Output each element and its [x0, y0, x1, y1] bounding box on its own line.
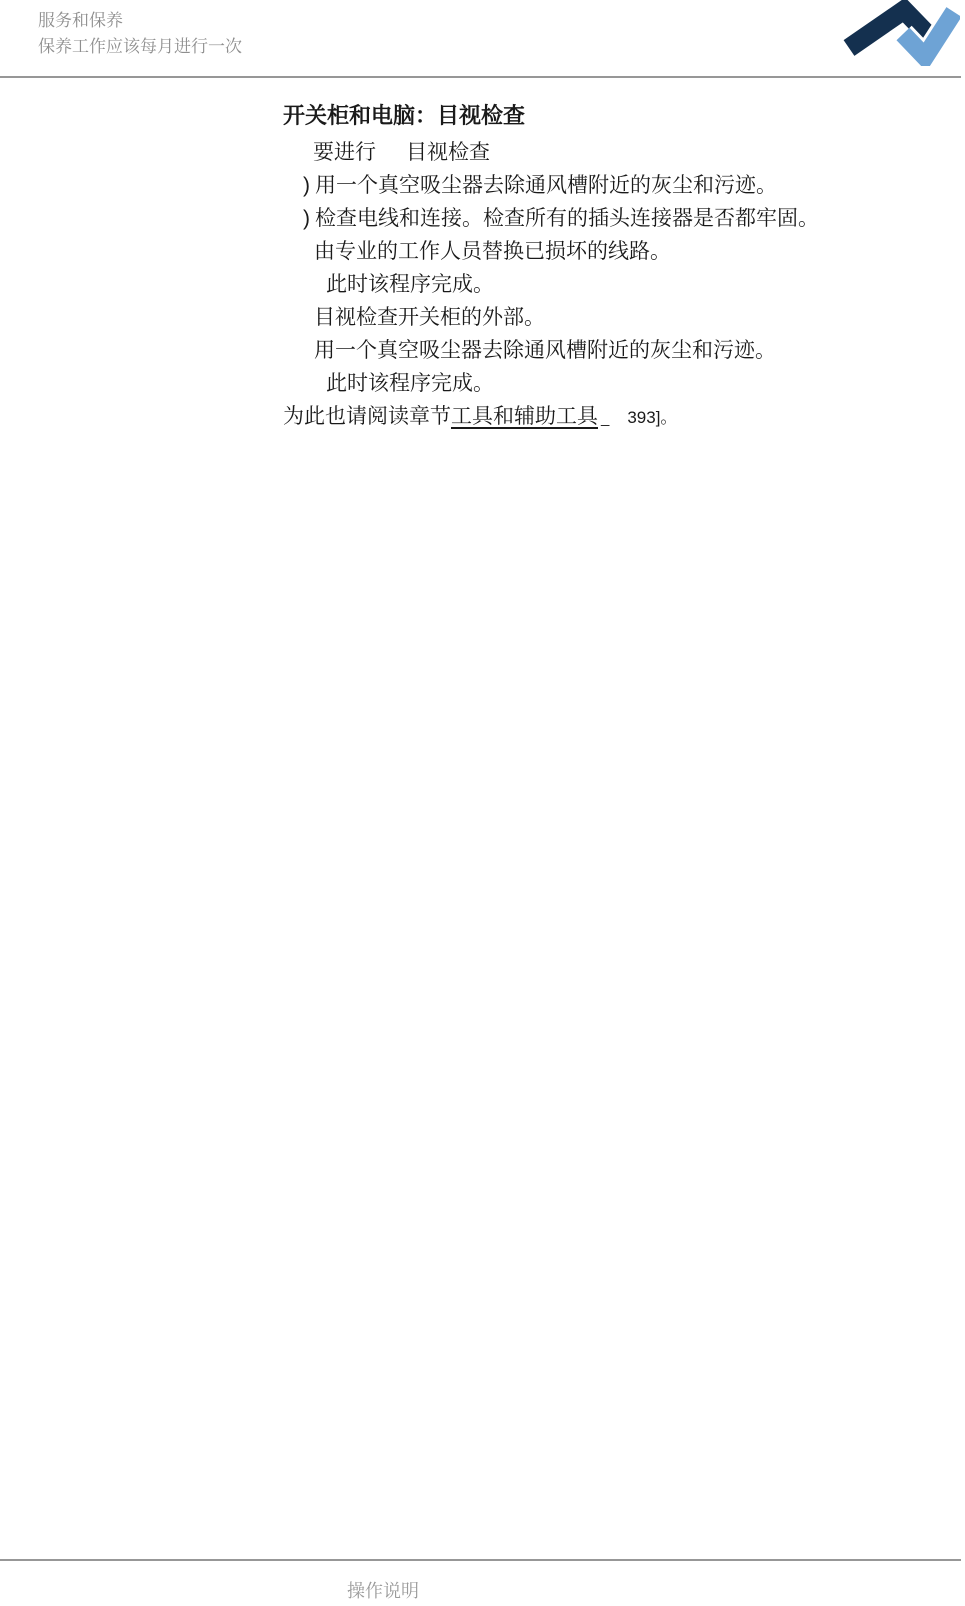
footer-divider [0, 1559, 961, 1561]
list-item-text: 用一个真空吸尘器去除通风槽附近的灰尘和污迹。 [315, 174, 777, 197]
list-item: )用一个真空吸尘器去除通风槽附近的灰尘和污迹。 [283, 169, 823, 202]
page: 服务和保养 保养工作应该每月进行一次 开关柜和电脑：目视检查 要进行目视检查 )… [0, 0, 965, 1606]
cross-reference: 为此也请阅读章节工具和辅助工具_393]。 [283, 400, 823, 435]
content: 开关柜和电脑：目视检查 要进行目视检查 )用一个真空吸尘器去除通风槽附近的灰尘和… [283, 0, 823, 435]
list-item: 用一个真空吸尘器去除通风槽附近的灰尘和污迹。 [283, 334, 823, 367]
cross-reference-text: 为此也请阅读章节 [283, 405, 451, 428]
list-item-text: 要进行 [313, 141, 376, 164]
list-item: 此时该程序完成。 [283, 367, 823, 400]
list-item-text: 检查电线和连接。检查所有的插头连接器是否都牢固。 [315, 207, 819, 230]
header-chapter-title: 服务和保养 [38, 8, 242, 34]
list-item-text: 目视检查 [406, 141, 490, 164]
list-item-text: 此时该程序完成。 [326, 273, 494, 296]
list-item: 此时该程序完成。 [283, 268, 823, 301]
header-section-title: 保养工作应该每月进行一次 [38, 34, 242, 60]
cross-reference-mark: _ [601, 410, 609, 427]
list-item-marker: ) [303, 202, 310, 235]
list-item: 目视检查开关柜的外部。 [283, 301, 823, 334]
footer-label: 操作说明 [347, 1577, 419, 1603]
cross-reference-page: 393]。 [627, 408, 677, 427]
list-item-marker: ) [303, 169, 310, 202]
list-item-text: 目视检查开关柜的外部。 [314, 306, 545, 329]
list-item: )检查电线和连接。检查所有的插头连接器是否都牢固。 [283, 202, 823, 235]
list-item-text: 由专业的工作人员替换已损坏的线路。 [314, 240, 671, 263]
list-item: 由专业的工作人员替换已损坏的线路。 [283, 235, 823, 268]
list-item-text: 用一个真空吸尘器去除通风槽附近的灰尘和污迹。 [314, 339, 776, 362]
section-heading: 开关柜和电脑：目视检查 [283, 101, 823, 131]
header: 服务和保养 保养工作应该每月进行一次 [38, 8, 242, 60]
chapter-link[interactable]: 工具和辅助工具 [451, 405, 598, 428]
list-item-text: 此时该程序完成。 [326, 372, 494, 395]
brand-logo [840, 0, 960, 66]
list-item: 要进行目视检查 [283, 136, 823, 169]
